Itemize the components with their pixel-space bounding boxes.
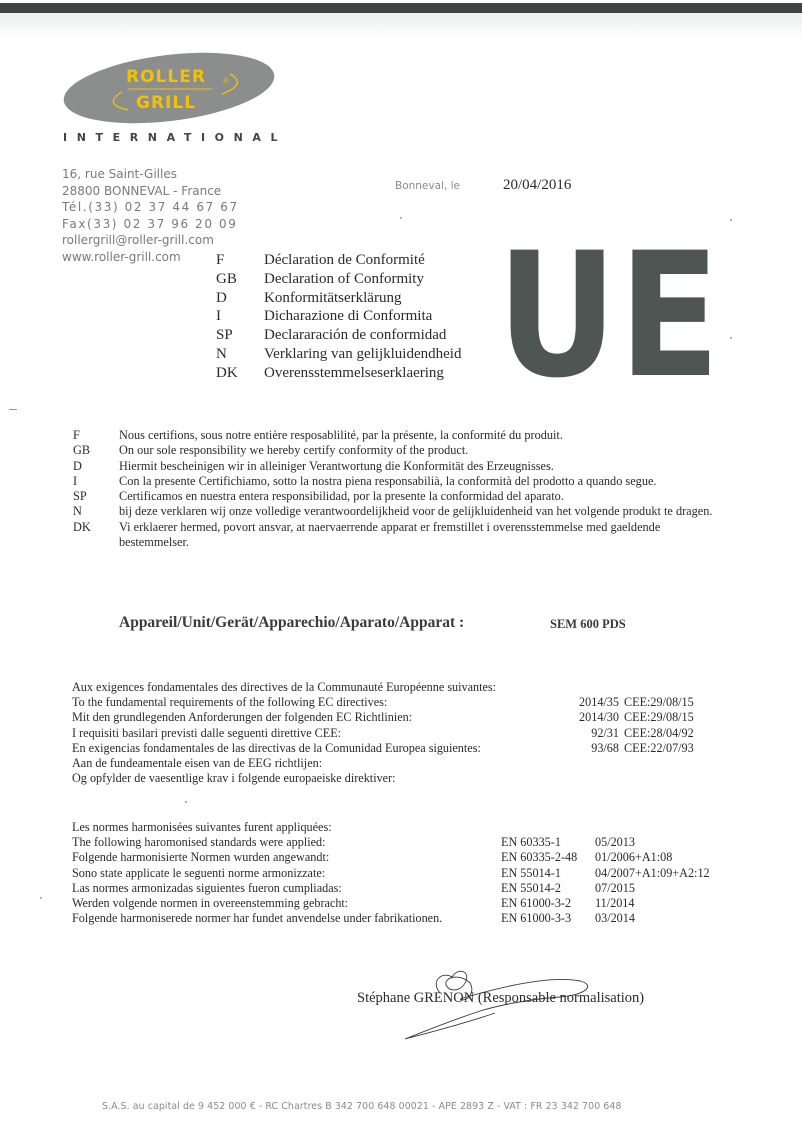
unit-label: Appareil/Unit/Gerät/Apparechio/Aparato/A… xyxy=(119,614,464,632)
logo-tagline: INTERNATIONAL xyxy=(63,131,287,144)
address-city: 28800 BONNEVAL - France xyxy=(62,183,239,200)
scan-speck xyxy=(400,217,402,219)
standard-row: Werden volgende normen in overeenstemmin… xyxy=(72,896,752,911)
handwritten-signature xyxy=(400,963,610,1043)
declaration-titles: FDéclaration de Conformité GBDeclaration… xyxy=(216,251,461,383)
title-row: DKonformitätserklärung xyxy=(216,289,461,308)
certification-row: DKVi erklaerer hermed, povort ansvar, at… xyxy=(73,520,733,551)
directive-row: Mit den grundlegenden Anforderungen der … xyxy=(72,710,752,725)
standard-row: Les normes harmonisées suivantes furent … xyxy=(72,820,752,835)
scan-shadow xyxy=(0,13,802,41)
certification-row: DHiermit bescheinigen wir in alleiniger … xyxy=(73,459,733,474)
scan-speck xyxy=(185,801,187,803)
margin-mark xyxy=(9,409,17,410)
standard-row: Las normes armonizadas siguientes fueron… xyxy=(72,881,752,896)
phone-number: Tél.(33) 02 37 44 67 67 xyxy=(62,199,239,216)
title-row: FDéclaration de Conformité xyxy=(216,251,461,270)
scan-speck xyxy=(730,337,732,339)
company-address: 16, rue Saint-Gilles 28800 BONNEVAL - Fr… xyxy=(62,166,239,265)
certification-row: GBOn our sole responsibility we hereby c… xyxy=(73,443,733,458)
harmonised-standards: Les normes harmonisées suivantes furent … xyxy=(72,820,752,926)
company-legal-footer: S.A.S. au capital de 9 452 000 € - RC Ch… xyxy=(102,1101,622,1112)
svg-text:ROLLER: ROLLER xyxy=(126,67,206,87)
directive-row: To the fundamental requirements of the f… xyxy=(72,695,752,710)
standard-row: Folgende harmoniserede normer har fundet… xyxy=(72,911,752,926)
place-label: Bonneval, le xyxy=(395,180,460,192)
directive-row: En exigencias fondamentales de las direc… xyxy=(72,741,752,756)
roller-grill-logo: ROLLER ® GRILL xyxy=(62,52,276,124)
declaration-date: 20/04/2016 xyxy=(503,177,571,194)
directive-row: I requisiti basilari previsti dalle segu… xyxy=(72,726,752,741)
svg-text:GRILL: GRILL xyxy=(136,93,196,113)
certification-row: FNous certifions, sous notre entière res… xyxy=(73,428,733,443)
title-row: GBDeclaration of Conformity xyxy=(216,270,461,289)
unit-model: SEM 600 PDS xyxy=(550,617,626,632)
ue-mark: UE xyxy=(497,251,722,381)
directive-row: Og opfylder de vaesentlige krav i folgen… xyxy=(72,771,752,786)
scan-speck xyxy=(40,897,42,899)
website: www.roller-grill.com xyxy=(62,249,239,266)
scan-speck xyxy=(730,219,732,221)
address-street: 16, rue Saint-Gilles xyxy=(62,166,239,183)
scan-top-edge xyxy=(0,3,802,13)
directive-row: Aan de fundeamentale eisen van de EEG ri… xyxy=(72,756,752,771)
standard-row: Sono state applicate le seguenti norme a… xyxy=(72,866,752,881)
certification-row: ICon la presente Certifichiamo, sotto la… xyxy=(73,474,733,489)
certification-statements: FNous certifions, sous notre entière res… xyxy=(73,428,733,550)
fax-number: Fax(33) 02 37 96 20 09 xyxy=(62,216,239,233)
certification-row: SPCertificamos en nuestra entera respons… xyxy=(73,489,733,504)
directive-row: Aux exigences fondamentales des directiv… xyxy=(72,680,752,695)
title-row: DKOverensstemmelseserklaering xyxy=(216,364,461,383)
standard-row: Folgende harmonisierte Normen wurden ang… xyxy=(72,850,752,865)
title-row: NVerklaring van gelijkluidendheid xyxy=(216,345,461,364)
directives-list: Aux exigences fondamentales des directiv… xyxy=(72,680,752,786)
title-row: SPDeclararación de conformidad xyxy=(216,326,461,345)
title-row: IDicharazione di Conformita xyxy=(216,307,461,326)
email-address: rollergrill@roller-grill.com xyxy=(62,232,239,249)
certification-row: Nbij deze verklaren wij onze volledige v… xyxy=(73,504,733,519)
standard-row: The following haromonised standards were… xyxy=(72,835,752,850)
svg-text:®: ® xyxy=(222,77,229,85)
